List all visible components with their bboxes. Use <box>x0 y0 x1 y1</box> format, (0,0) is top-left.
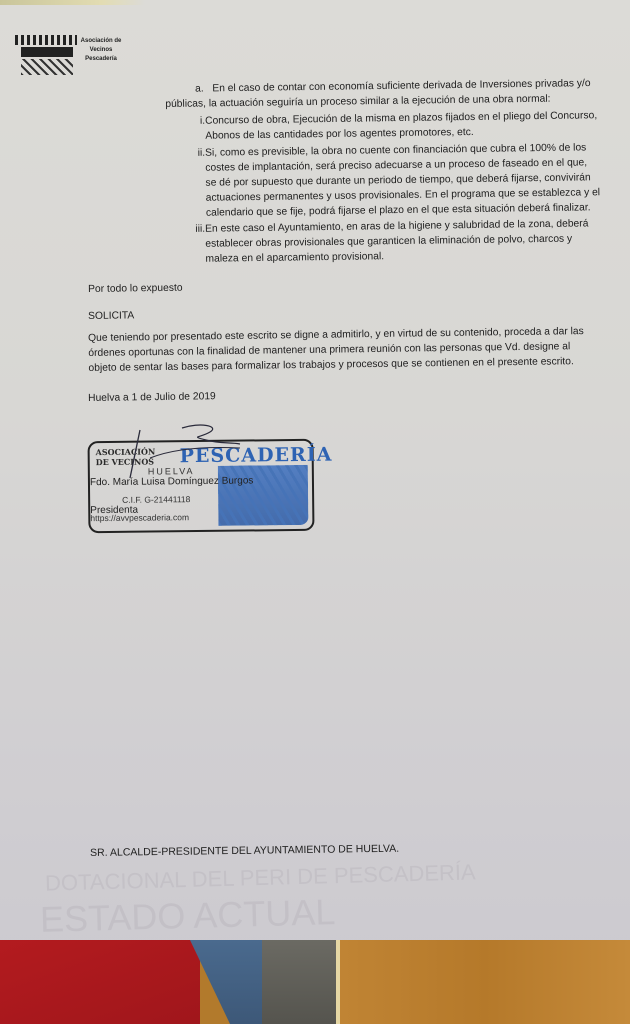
association-logo: Asociación de Vecinos Pescadería <box>15 35 155 77</box>
item-a: a. En el caso de contar con economía suf… <box>165 76 590 112</box>
building-illustration-icon <box>15 35 77 75</box>
stamp-association: ASOCIACIÓN DE VECINOS <box>96 446 156 467</box>
previous-page-edge <box>0 0 145 5</box>
recipient-line: SR. ALCALDE-PRESIDENTE DEL AYUNTAMIENTO … <box>90 842 399 861</box>
logo-line-2: Vecinos <box>77 46 125 55</box>
logo-line-1: Asociación de <box>77 37 125 46</box>
subitem-iii: iii. En este caso el Ayuntamiento, en ar… <box>185 216 591 267</box>
logo-line-3: Pescadería <box>77 55 125 64</box>
stamp-city: HUELVA <box>148 466 195 476</box>
stamp-url: https://avvpescaderia.com <box>90 512 189 523</box>
request-paragraph: Que teniendo por presentado este escrito… <box>88 324 594 376</box>
wood-table <box>340 940 630 1024</box>
request-heading: SOLICITA <box>88 308 134 324</box>
stamp-cif: C.I.F. G-21441118 <box>122 494 190 505</box>
table-surface <box>0 940 630 1024</box>
stamp-association-line-2: DE VECINOS <box>96 456 156 467</box>
subitem-ii: ii. Si, como es previsible, la obra no c… <box>185 140 591 221</box>
logo-text: Asociación de Vecinos Pescadería <box>77 37 125 64</box>
street-illustration-icon <box>218 465 309 526</box>
stamp-association-line-1: ASOCIACIÓN <box>96 446 156 457</box>
stamp-brand: PESCADERÍA <box>180 444 333 468</box>
subitem-iii-marker: iii. <box>185 222 205 237</box>
place-date: Huelva a 1 de Julio de 2019 <box>88 389 216 406</box>
subitem-i: i. Concurso de obra, Ejecución de la mis… <box>185 108 590 144</box>
signer-name: Fdo. María Luisa Domínguez Burgos <box>90 475 254 488</box>
subitem-i-marker: i. <box>185 114 205 129</box>
closing-intro: Por todo lo expuesto <box>88 281 183 297</box>
letter-page: DOTACIONAL DEL PERI DE PESCADERÍA ESTADO… <box>0 0 630 1024</box>
bleed-through-text-1: DOTACIONAL DEL PERI DE PESCADERÍA <box>45 859 476 896</box>
item-a-marker: a. <box>195 83 204 94</box>
grey-fabric <box>262 940 340 1024</box>
subitem-ii-marker: ii. <box>185 146 205 161</box>
association-stamp: ASOCIACIÓN DE VECINOS PESCADERÍA HUELVA … <box>88 439 315 533</box>
bleed-through-text-2: ESTADO ACTUAL <box>40 891 336 941</box>
red-fabric <box>0 940 200 1024</box>
